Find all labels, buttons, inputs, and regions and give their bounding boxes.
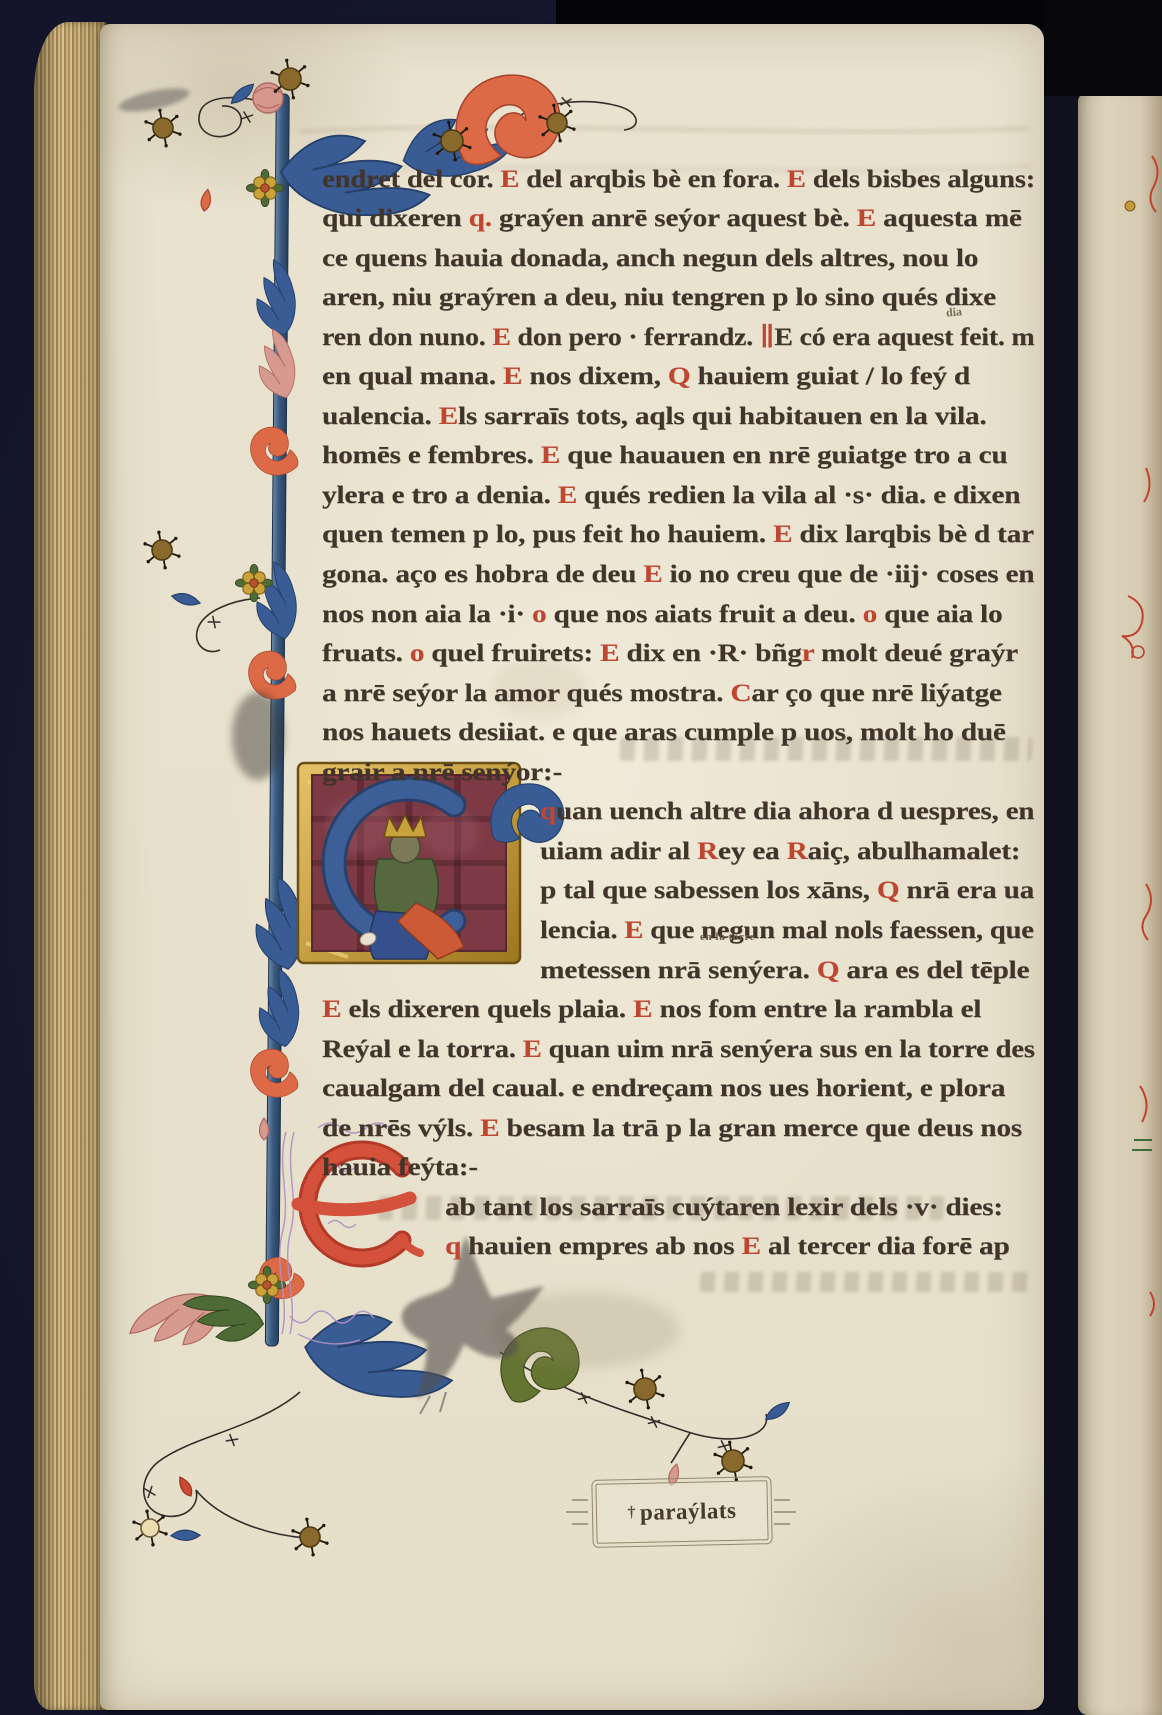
marginal-note: dia [945, 304, 962, 320]
manuscript-line: ab tant los sarraīs cuýtaren lexir dels … [445, 1192, 1003, 1223]
manuscript-line: de nrēs výls. E besam la trā p la gran m… [322, 1113, 1022, 1144]
manuscript-line: caualgam del caual. e endreçam nos ues h… [322, 1073, 1005, 1104]
catchword-text: paraýlats [640, 1498, 737, 1526]
manuscript-line: ualencia. Els sarraīs tots, aqls qui hab… [322, 401, 987, 432]
text-block: endret del cor. E del arqbis bè en fora.… [0, 0, 1162, 1715]
manuscript-line: q hauien empres ab nos E al tercer dia f… [445, 1231, 1010, 1262]
manuscript-line: aren, niu graýren a deu, niu tengren p l… [322, 282, 996, 313]
manuscript-line: uiam adir al Rey ea Raiç, abulhamalet: [540, 836, 1020, 867]
manuscript-photo: endret del cor. E del arqbis bè en fora.… [0, 0, 1162, 1715]
manuscript-line: qui dixeren q. graýen anrē seýor aquest … [322, 203, 1022, 234]
manuscript-line: gona. aço es hobra de deu E io no creu q… [322, 559, 1034, 590]
manuscript-line: homēs e fembres. E que hauauen en nrē gu… [322, 440, 1007, 471]
manuscript-line: quen temen p lo, pus feit ho hauiem. E d… [322, 519, 1034, 550]
catchword-cross-icon: † [627, 1504, 636, 1522]
catchword-frame: † paraýlats [595, 1480, 768, 1544]
manuscript-line: nos hauets desiiat. e que aras cumple p … [322, 717, 1006, 748]
manuscript-line: p tal que sabessen los xāns, Q nrā era u… [540, 875, 1034, 906]
interlinear-note: en la torre [700, 931, 755, 943]
manuscript-line: hauia feýta:- [322, 1152, 478, 1183]
manuscript-line: ren don nuno. E don pero · ferrandz. ∥E … [322, 322, 1034, 353]
manuscript-line: a nrē seýor la amor qués mostra. Car ço … [322, 678, 1002, 709]
manuscript-line: quan uench altre dia ahora d uespres, en [540, 796, 1034, 827]
manuscript-line: E els dixeren quels plaia. E nos fom ent… [322, 994, 981, 1025]
manuscript-line: nos non aia la ·i· o que nos aiats fruit… [322, 599, 1002, 630]
manuscript-line: lencia. E que negun mal nols faessen, qu… [540, 915, 1034, 946]
manuscript-line: ce quens hauia donada, anch negun dels a… [322, 243, 978, 274]
manuscript-line: metessen nrā senýera. Q ara es del tēple [540, 955, 1029, 986]
manuscript-line: Reýal e la torra. E quan uim nrā senýera… [322, 1034, 1035, 1065]
manuscript-line: en qual mana. E nos dixem, Q hauiem guia… [322, 361, 970, 392]
manuscript-line: fruats. o quel fruirets: E dix en ·R· bñ… [322, 638, 1018, 669]
manuscript-line: ylera e tro a denia. E qués redien la vi… [322, 480, 1020, 511]
manuscript-line: endret del cor. E del arqbis bè en fora.… [322, 164, 1035, 195]
manuscript-line: grair a nrē senýor:- [322, 757, 562, 788]
